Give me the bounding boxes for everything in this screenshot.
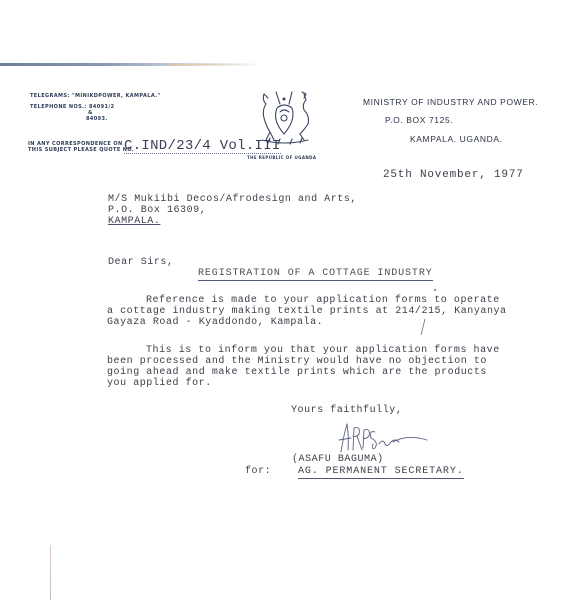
subject-heading: REGISTRATION OF A COTTAGE INDUSTRY	[198, 268, 433, 281]
paragraph-1-line: Gayaza Road - Kyaddondo, Kampala.	[107, 317, 323, 328]
paragraph-2-line: you applied for.	[107, 378, 212, 389]
telegrams-address: TELEGRAMS: "MINIKDPOWER, KAMPALA."	[30, 93, 161, 99]
recipient-line-2: P.O. Box 16309,	[108, 205, 206, 216]
closing: Yours faithfully,	[291, 405, 402, 416]
telephone-numbers: TELEPHONE NOS.: 84091/2	[30, 104, 114, 110]
top-border-rule-tail	[170, 64, 260, 65]
ministry-name: MINISTRY OF INDUSTRY AND POWER.	[363, 97, 538, 107]
paragraph-2-line: This is to inform you that your applicat…	[146, 345, 500, 356]
recipient-line-3: KAMPALA.	[108, 216, 160, 227]
scan-edge-mark	[50, 545, 51, 600]
ministry-po-box: P.O. BOX 7125.	[385, 115, 453, 125]
letter-date: 25th November, 1977	[383, 170, 524, 181]
signatory-name: (ASAFU BAGUMA)	[292, 454, 384, 465]
paragraph-1-line: Reference is made to your application fo…	[146, 295, 500, 306]
for-label: for:	[245, 466, 271, 477]
signatory-title: AG. PERMANENT SECRETARY.	[298, 466, 464, 479]
paragraph-1-line: a cottage industry making textile prints…	[107, 306, 507, 317]
correspondence-note-line-2: THIS SUBJECT PLEASE QUOTE NO.	[28, 147, 134, 153]
ministry-city: KAMPALA. UGANDA.	[410, 134, 503, 144]
uganda-coat-of-arms-icon	[256, 90, 316, 148]
pen-tick-mark	[420, 318, 426, 336]
republic-label: THE REPUBLIC OF UGANDA	[247, 155, 316, 160]
ink-dot-mark	[434, 289, 436, 291]
handwritten-signature-icon	[335, 418, 435, 454]
recipient-line-1: M/S Mukiibi Decos/Afrodesign and Arts,	[108, 194, 357, 205]
paragraph-2-line: been processed and the Ministry would ha…	[107, 356, 487, 367]
salutation: Dear Sirs,	[108, 257, 174, 268]
paragraph-2-line: going ahead and make textile prints whic…	[107, 367, 487, 378]
telephone-number-2: 84093.	[86, 116, 108, 122]
